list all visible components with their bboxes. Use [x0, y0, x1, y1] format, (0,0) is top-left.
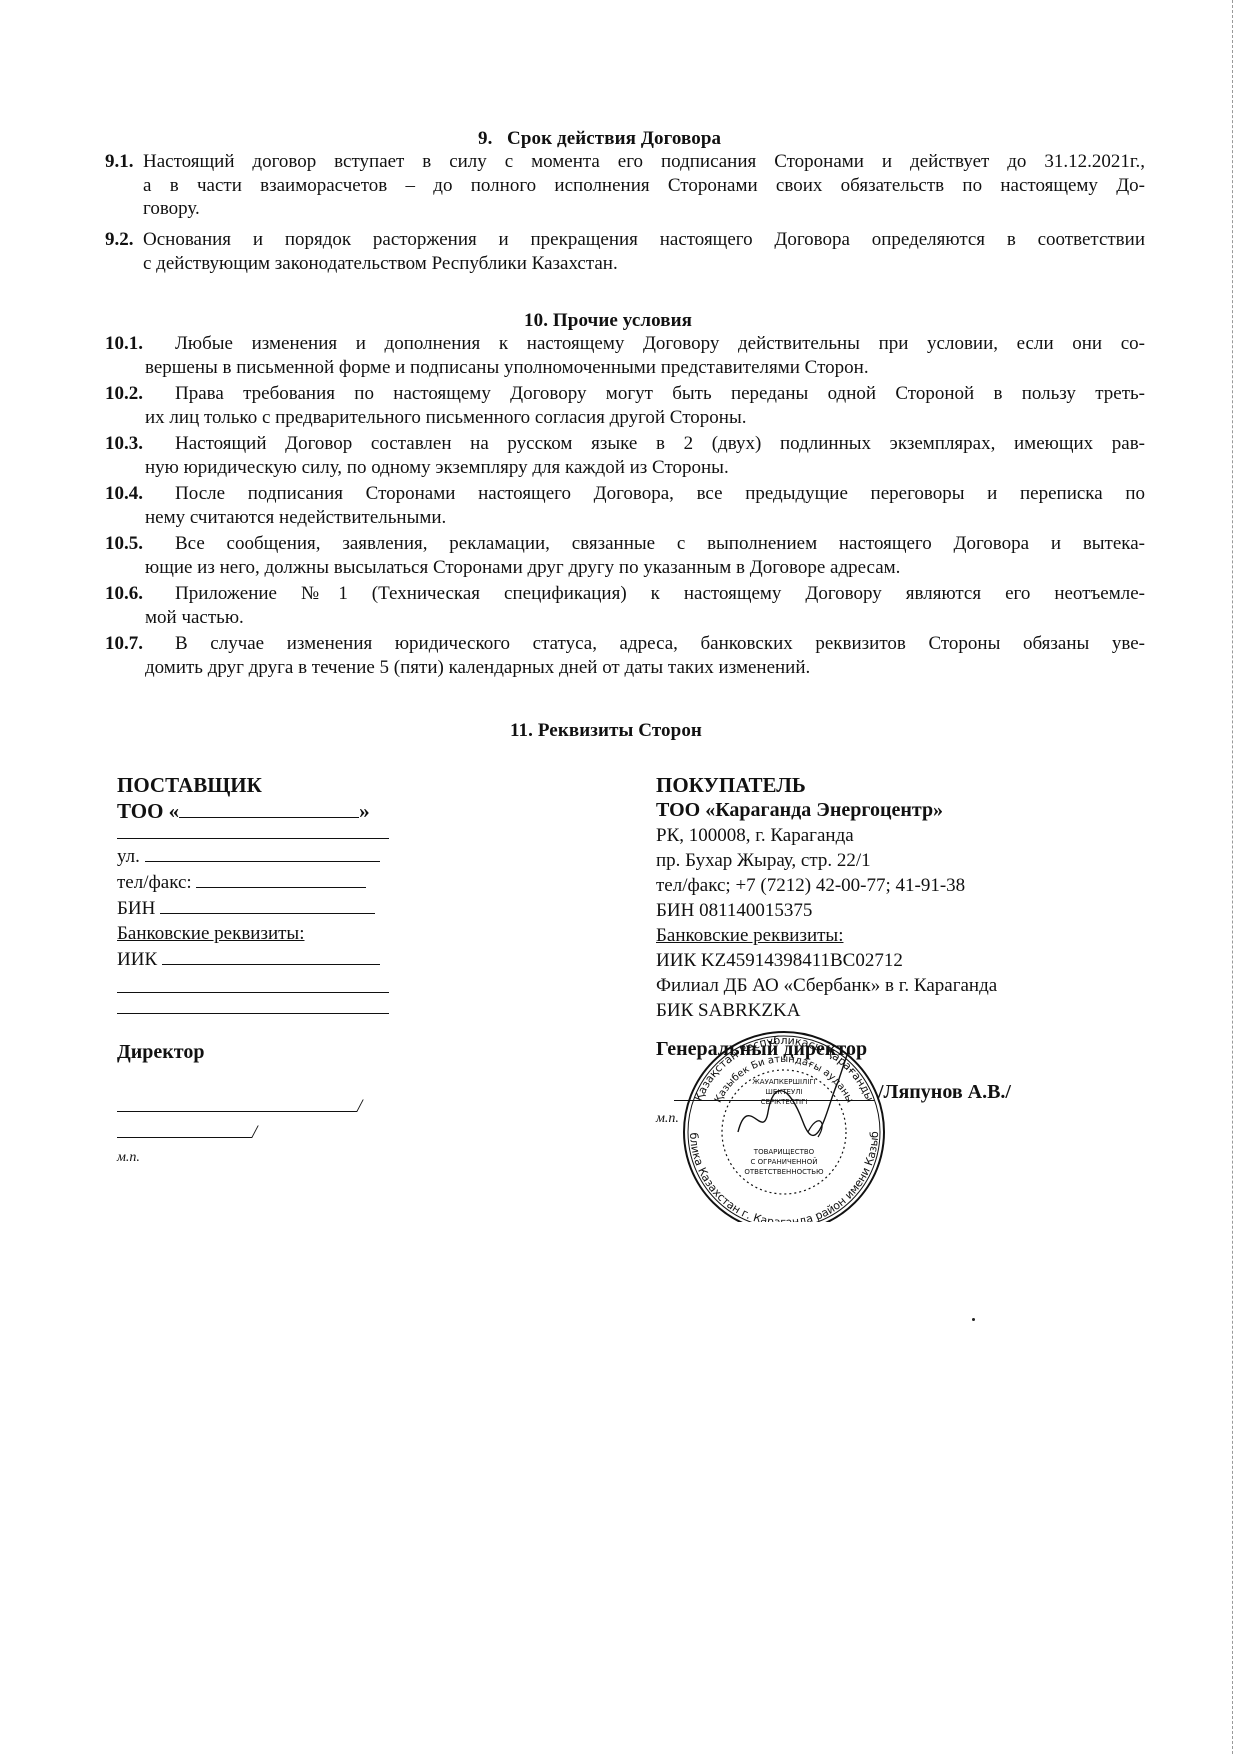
clause-text: нему считаются недействительными.: [105, 506, 1145, 530]
clause-10-7: 10.7.В случае изменения юридического ста…: [105, 632, 1145, 679]
company-suffix: »: [359, 799, 370, 823]
company-prefix: ТОО «: [117, 799, 179, 823]
clause-text: Все сообщения, заявления, рекламации, св…: [175, 533, 1145, 554]
supplier-position: Директор: [117, 1040, 417, 1065]
buyer-heading: ПОКУПАТЕЛЬ: [656, 772, 1126, 798]
buyer-phone: тел/факс; +7 (7212) 42-00-77; 41-91-38: [656, 873, 1126, 898]
blank-line: [117, 824, 389, 839]
scan-speck: [972, 1318, 975, 1321]
buyer-address-city: РК, 100008, г. Караганда: [656, 823, 1126, 848]
clause-number: 10.3.: [105, 432, 175, 456]
clause-number: 10.6.: [105, 582, 175, 606]
clause-9-2: 9.2.Основания и порядок расторжения и пр…: [105, 228, 1145, 275]
buyer-address-street: пр. Бухар Жырау, стр. 22/1: [656, 848, 1126, 873]
clause-text: с действующим законодательством Республи…: [105, 252, 1145, 276]
supplier-details: ПОСТАВЩИК ТОО «» ул. тел/факс: БИН Банко…: [117, 772, 417, 1170]
clause-text: В случае изменения юридического статуса,…: [175, 633, 1145, 654]
clause-10-6: 10.6.Приложение №1 (Техническая специфик…: [105, 582, 1145, 629]
clause-10-4: 10.4.После подписания Сторонами настояще…: [105, 482, 1145, 529]
phone-label: тел/факс:: [117, 872, 192, 893]
clause-text: Настоящий Договор составлен на русском я…: [175, 433, 1145, 454]
clause-10-3: 10.3.Настоящий Договор составлен на русс…: [105, 432, 1145, 479]
clause-number: 10.5.: [105, 532, 175, 556]
phone-row: тел/факс:: [117, 869, 417, 895]
clause-text: Основания и порядок расторжения и прекра…: [143, 229, 1145, 250]
bin-blank: [160, 895, 375, 914]
clause-10-2: 10.2.Права требования по настоящему Дого…: [105, 382, 1145, 429]
buyer-company: ТОО «Караганда Энергоцентр»: [656, 798, 1126, 823]
clause-text: ющие из него, должны высылаться Сторонам…: [105, 556, 1145, 580]
street-row: ул.: [117, 843, 417, 869]
document-page: 9. Срок действия Договора 9.1.Настоящий …: [0, 0, 1240, 1754]
blank-line: [117, 993, 389, 1014]
clause-text: Настоящий договор вступает в силу с моме…: [143, 151, 1145, 172]
svg-text:СЕРІКТЕСТІГІ: СЕРІКТЕСТІГІ: [761, 1098, 808, 1106]
blank-line: [117, 972, 389, 993]
svg-text:ТОВАРИЩЕСТВО: ТОВАРИЩЕСТВО: [753, 1148, 815, 1156]
clause-number: 10.4.: [105, 482, 175, 506]
clause-text: говору.: [105, 197, 1145, 221]
iik-label: ИИК: [117, 949, 157, 970]
iik-row: ИИК: [117, 946, 417, 972]
phone-blank: [196, 869, 366, 888]
svg-text:С ОГРАНИЧЕННОЙ: С ОГРАНИЧЕННОЙ: [751, 1157, 818, 1166]
clause-text: домить друг друга в течение 5 (пяти) кал…: [105, 656, 1145, 680]
clause-text: а в части взаиморасчетов – до полного ис…: [105, 174, 1145, 198]
clause-text: ную юридическую силу, по одному экземпля…: [105, 456, 1145, 480]
bin-label: БИН: [117, 898, 155, 919]
clause-number: 10.2.: [105, 382, 175, 406]
clause-text: мой частью.: [105, 606, 1145, 630]
supplier-signature-line: //: [117, 1093, 417, 1145]
signature-blank: [117, 1093, 357, 1112]
clause-number: 10.7.: [105, 632, 175, 656]
signature-separator: /: [357, 1096, 362, 1117]
clause-number: 10.1.: [105, 332, 175, 356]
buyer-bank-label: Банковские реквизиты:: [656, 923, 1126, 948]
iik-blank: [162, 946, 380, 965]
clause-text: их лиц только с предварительного письмен…: [105, 406, 1145, 430]
section-9-title: 9. Срок действия Договора: [478, 128, 721, 150]
buyer-bik: БИК SABRKZKA: [656, 998, 1126, 1023]
svg-text:ОТВЕТСТВЕННОСТЬЮ: ОТВЕТСТВЕННОСТЬЮ: [744, 1168, 824, 1176]
svg-text:ЖАУАПКЕРШІЛІГІ: ЖАУАПКЕРШІЛІГІ: [752, 1078, 815, 1086]
buyer-bin: БИН 081140015375: [656, 898, 1126, 923]
bank-details-label: Банковские реквизиты:: [117, 921, 417, 946]
clause-number: 9.1.: [105, 150, 143, 174]
section-10-title: 10. Прочие условия: [524, 310, 692, 332]
seal-place-label: м.п.: [117, 1145, 417, 1170]
company-name-blank: [179, 799, 359, 818]
clause-10-5: 10.5.Все сообщения, заявления, рекламаци…: [105, 532, 1145, 579]
clause-text: Любые изменения и дополнения к настоящем…: [175, 333, 1145, 354]
clause-text: Приложение №1 (Техническая спецификация)…: [175, 583, 1145, 604]
name-blank: [117, 1119, 252, 1138]
scan-edge-artifact: [1232, 0, 1233, 1754]
clause-number: 9.2.: [105, 228, 143, 252]
clause-9-1: 9.1.Настоящий договор вступает в силу с …: [105, 150, 1145, 221]
stamp-seal-icon: Қазақстан Республикасы Қарағанды Қазыбек…: [668, 1022, 900, 1222]
buyer-bank: Филиал ДБ АО «Сбербанк» в г. Караганда: [656, 973, 1126, 998]
street-label: ул.: [117, 846, 140, 867]
clause-10-1: 10.1.Любые изменения и дополнения к наст…: [105, 332, 1145, 379]
company-stamp: Қазақстан Республикасы Қарағанды Қазыбек…: [668, 1022, 900, 1222]
section-11-title: 11. Реквизиты Сторон: [510, 720, 702, 742]
clause-text: вершены в письменной форме и подписаны у…: [105, 356, 1145, 380]
clause-text: Права требования по настоящему Договору …: [175, 383, 1145, 404]
clause-text: После подписания Сторонами настоящего До…: [175, 483, 1145, 504]
street-blank: [145, 843, 380, 862]
buyer-iik: ИИК KZ45914398411BC02712: [656, 948, 1126, 973]
supplier-company: ТОО «»: [117, 798, 417, 824]
supplier-heading: ПОСТАВЩИК: [117, 772, 417, 798]
signature-separator: /: [252, 1122, 257, 1143]
bin-row: БИН: [117, 895, 417, 921]
svg-text:Республика Казахстан г. Карага: Республика Казахстан г. Караганда район …: [668, 1022, 881, 1222]
